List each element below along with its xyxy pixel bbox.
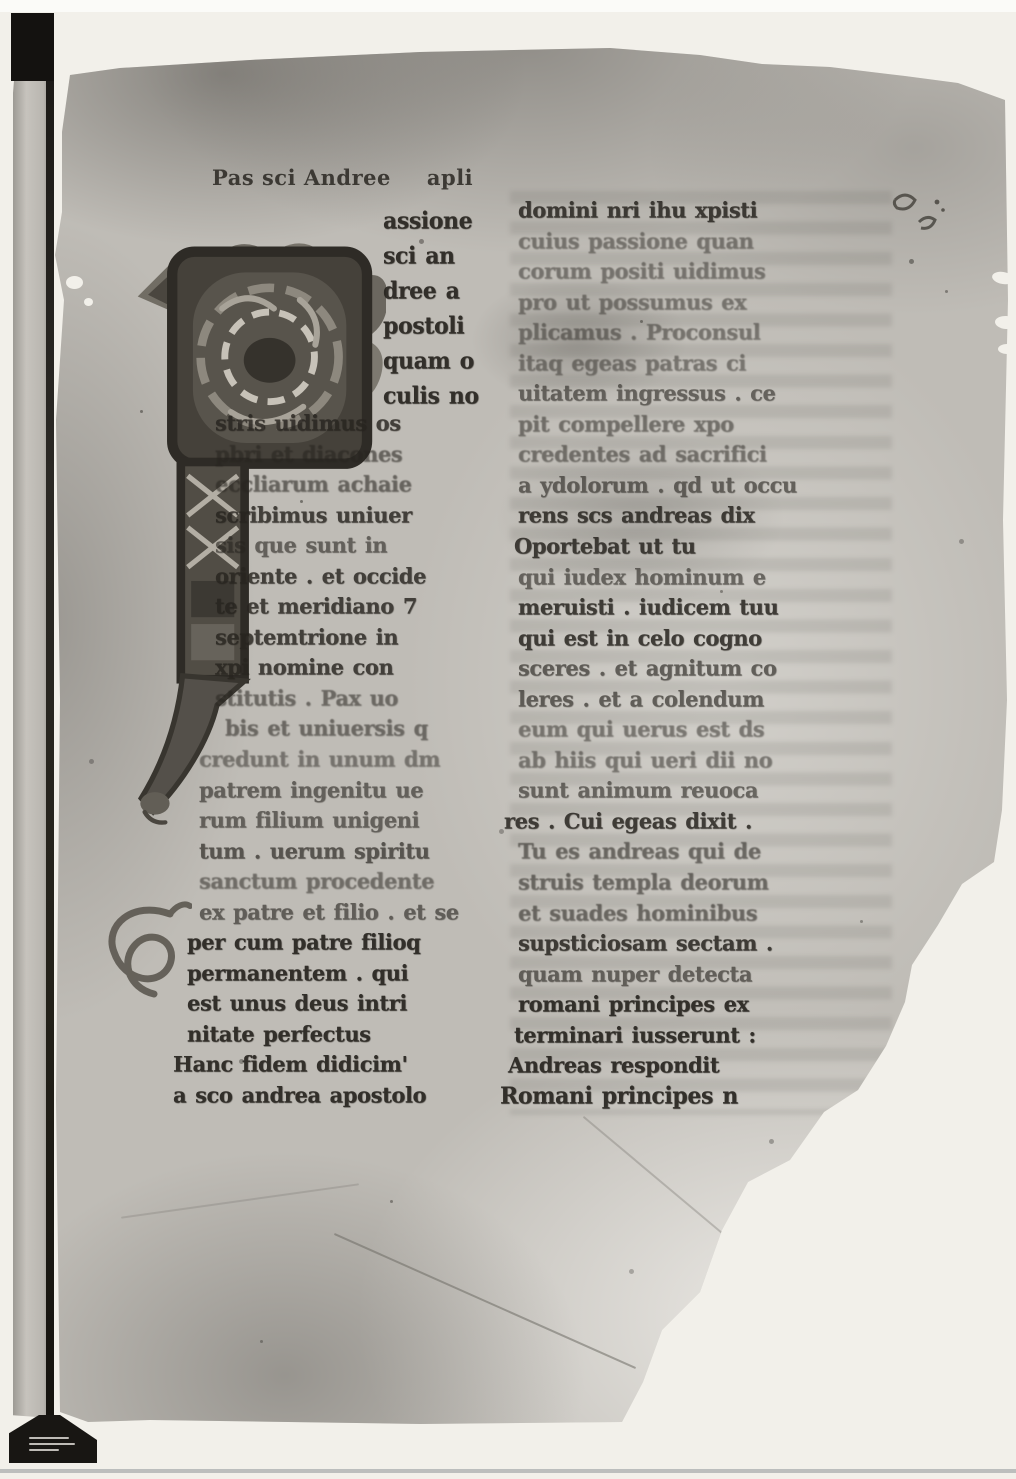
text-line: itaq egeas patras ci [518, 347, 888, 379]
text-line: Andreas respondit [508, 1050, 888, 1082]
text-line: corum positi uidimus [518, 255, 888, 287]
text-line: qui est in celo cogno [518, 622, 888, 654]
running-title-left: Pas sci Andree [212, 165, 391, 190]
gutter-shadow [46, 68, 54, 1420]
text-line: quam o [383, 343, 479, 379]
text-line: sunt animum reuoca [518, 775, 888, 807]
text-line: sanctum procedente [199, 866, 459, 898]
text-line: bis et uniuersis q [225, 713, 459, 745]
parchment-crease [121, 1183, 359, 1218]
text-line: assione [383, 203, 479, 239]
text-line: stris uidimus os [215, 407, 459, 439]
text-line: pbri et diacones [215, 438, 459, 470]
text-line: Oportebat ut tu [514, 530, 888, 562]
column-left-lines: stris uidimus ospbri et diaconeseccliaru… [145, 408, 459, 1111]
text-line: leres . et a colendum [518, 683, 888, 715]
text-line: credunt in unum dm [199, 743, 459, 775]
text-line: rum filium unigeni [199, 804, 459, 836]
text-line: cuius passione quan [518, 225, 888, 257]
text-line: pit compellere xpo [518, 408, 888, 440]
text-line: dree a [383, 273, 479, 309]
text-line: supsticiosam sectam . [518, 928, 888, 960]
text-line: eccliarum achaie [215, 468, 459, 500]
film-edge-blob [9, 1415, 97, 1463]
text-line: septemtrione in [215, 621, 459, 653]
parchment-crease [583, 1116, 737, 1246]
text-line: est unus deus intri [187, 988, 459, 1020]
text-line: sceres . et agnitum co [518, 653, 888, 685]
text-line: a ydolorum . qd ut occu [518, 469, 888, 501]
text-line: terminari iusserunt : [514, 1019, 888, 1051]
manuscript-leaf: Pas sci Andree apli [0, 0, 1016, 1479]
text-line: uitatem ingressus . ce [518, 378, 888, 410]
text-line: plicamus . Proconsul [518, 317, 888, 349]
photo-top-strip [0, 0, 1016, 12]
film-label [29, 1437, 79, 1455]
text-line: meruisti . iudicem tuu [518, 591, 888, 623]
text-line: postoli [383, 308, 479, 344]
text-column-right: domini nri ihu xpisticuius passione quan… [518, 195, 888, 1111]
text-line: te et meridiano 7 [215, 591, 459, 623]
text-line: credentes ad sacrifici [518, 439, 888, 471]
text-line: qui iudex hominum e [518, 561, 888, 593]
text-line: tum . uerum spiritu [199, 835, 459, 867]
parchment-crease [334, 1233, 636, 1369]
text-line: domini nri ihu xpisti [518, 194, 888, 226]
text-line: sci an [383, 238, 479, 274]
edge-nick [998, 344, 1016, 354]
text-line: struis templa deorum [518, 866, 888, 898]
text-line: permanentem . qui [187, 957, 459, 989]
text-line: eum qui uerus est ds [518, 714, 888, 746]
text-line: Romani principes n [500, 1080, 888, 1112]
ink-smudge [885, 188, 955, 248]
text-line: quam nuper detecta [518, 958, 888, 990]
text-line: a sco andrea apostolo [173, 1079, 459, 1111]
film-edge-block [11, 13, 54, 81]
text-line: scribimus uniuer [215, 499, 459, 531]
column-left-inset-lines: assionesci andree apostoliquam oculis no [383, 204, 479, 414]
text-line: xpi nomine con [215, 652, 459, 684]
photograph: Pas sci Andree apli [0, 0, 1016, 1479]
text-line: pro ut possumus ex [518, 286, 888, 318]
running-title-right: apli [427, 165, 473, 190]
wormhole [66, 276, 83, 289]
text-line: oriente . et occide [215, 560, 459, 592]
text-line: res . Cui egeas dixit . [504, 805, 888, 837]
text-line: et suades hominibus [518, 897, 888, 929]
text-line: Tu es andreas qui de [518, 836, 888, 868]
text-line: Hanc fidem didicim' [173, 1049, 459, 1081]
text-line: sis que sunt in [215, 530, 459, 562]
wormhole [84, 298, 93, 306]
text-line: per cum patre filioq [187, 927, 459, 959]
text-line: rens scs andreas dix [518, 500, 888, 532]
text-line: ab hiis qui ueri dii no [518, 744, 888, 776]
text-line: romani principes ex [518, 989, 888, 1021]
scan-shadow-line [0, 1469, 1016, 1473]
running-title: Pas sci Andree apli [212, 165, 473, 190]
text-line: patrem ingenitu ue [199, 774, 459, 806]
text-line: stitutis . Pax uo [215, 682, 459, 714]
text-line: nitate perfectus [187, 1018, 459, 1050]
text-line: ex patre et filio . et se [199, 896, 459, 928]
